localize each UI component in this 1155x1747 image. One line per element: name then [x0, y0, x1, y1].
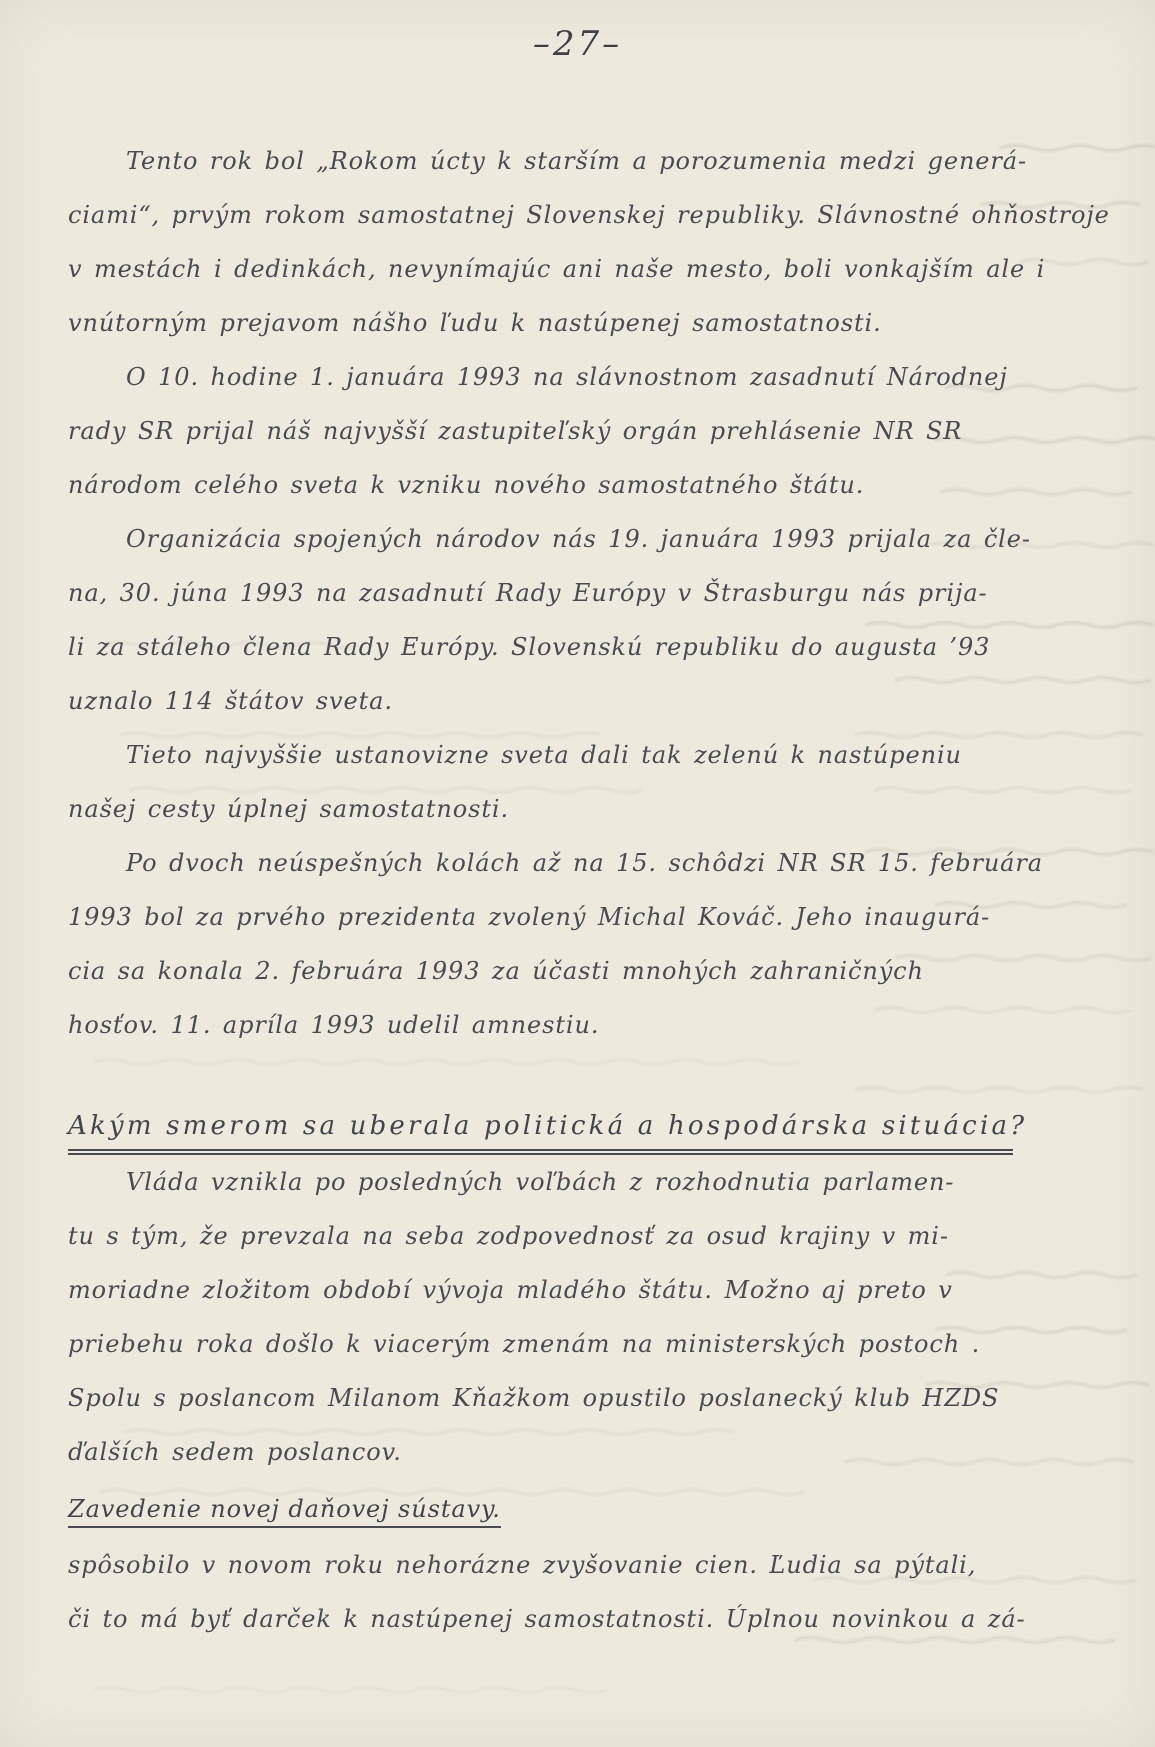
text-line: uznalo 114 štátov sveta. [68, 674, 1090, 728]
sub-heading-text: Zavedenie novej daňovej sústavy. [68, 1495, 501, 1528]
section-heading: Akým smerom sa uberala politická a hospo… [68, 1101, 1013, 1155]
text-line: priebehu roka došlo k viacerým zmenám na… [68, 1317, 1090, 1371]
text-line: na, 30. júna 1993 na zasadnutí Rady Euró… [68, 566, 1090, 620]
chronicle-page: –27– Tento rok bol „Rokom úcty k starším… [0, 0, 1155, 1747]
text-line: O 10. hodine 1. januára 1993 na slávnost… [68, 350, 1090, 404]
handwritten-text-body: Tento rok bol „Rokom úcty k starším a po… [68, 134, 1090, 1646]
text-line: Po dvoch neúspešných kolách až na 15. sc… [68, 836, 1090, 890]
text-line: ďalších sedem poslancov. [68, 1425, 1090, 1479]
text-line: Spolu s poslancom Milanom Kňažkom opusti… [68, 1371, 1090, 1425]
text-line: v mestách i dedinkách, nevynímajúc ani n… [68, 242, 1090, 296]
text-line: 1993 bol za prvého prezidenta zvolený Mi… [68, 890, 1090, 944]
text-line: cia sa konala 2. februára 1993 za účasti… [68, 944, 1090, 998]
text-line: li za stáleho člena Rady Európy. Slovens… [68, 620, 1090, 674]
text-line: národom celého sveta k vzniku nového sam… [68, 458, 1090, 512]
text-line: hosťov. 11. apríla 1993 udelil amnestiu. [68, 998, 1090, 1052]
text-line: spôsobilo v novom roku nehorázne zvyšova… [68, 1538, 1090, 1592]
text-line: tu s tým, že prevzala na seba zodpovedno… [68, 1209, 1090, 1263]
text-line: či to má byť darček k nastúpenej samosta… [68, 1592, 1090, 1646]
bleed-through-stroke [95, 1688, 607, 1693]
text-line: rady SR prijal náš najvyšší zastupiteľsk… [68, 404, 1090, 458]
sub-heading: Zavedenie novej daňovej sústavy. [68, 1484, 1090, 1538]
text-line: vnútorným prejavom nášho ľudu k nastúpen… [68, 296, 1090, 350]
page-number: –27– [0, 24, 1155, 64]
text-line: moriadne zložitom období vývoja mladého … [68, 1263, 1090, 1317]
text-line: Organizácia spojených národov nás 19. ja… [68, 512, 1090, 566]
text-line: ciami“, prvým rokom samostatnej Slovensk… [68, 188, 1090, 242]
text-line: našej cesty úplnej samostatnosti. [68, 782, 1090, 836]
text-line: Tieto najvyššie ustanovizne sveta dali t… [68, 728, 1090, 782]
text-line: Tento rok bol „Rokom úcty k starším a po… [68, 134, 1090, 188]
text-line: Vláda vznikla po posledných voľbách z ro… [68, 1155, 1090, 1209]
